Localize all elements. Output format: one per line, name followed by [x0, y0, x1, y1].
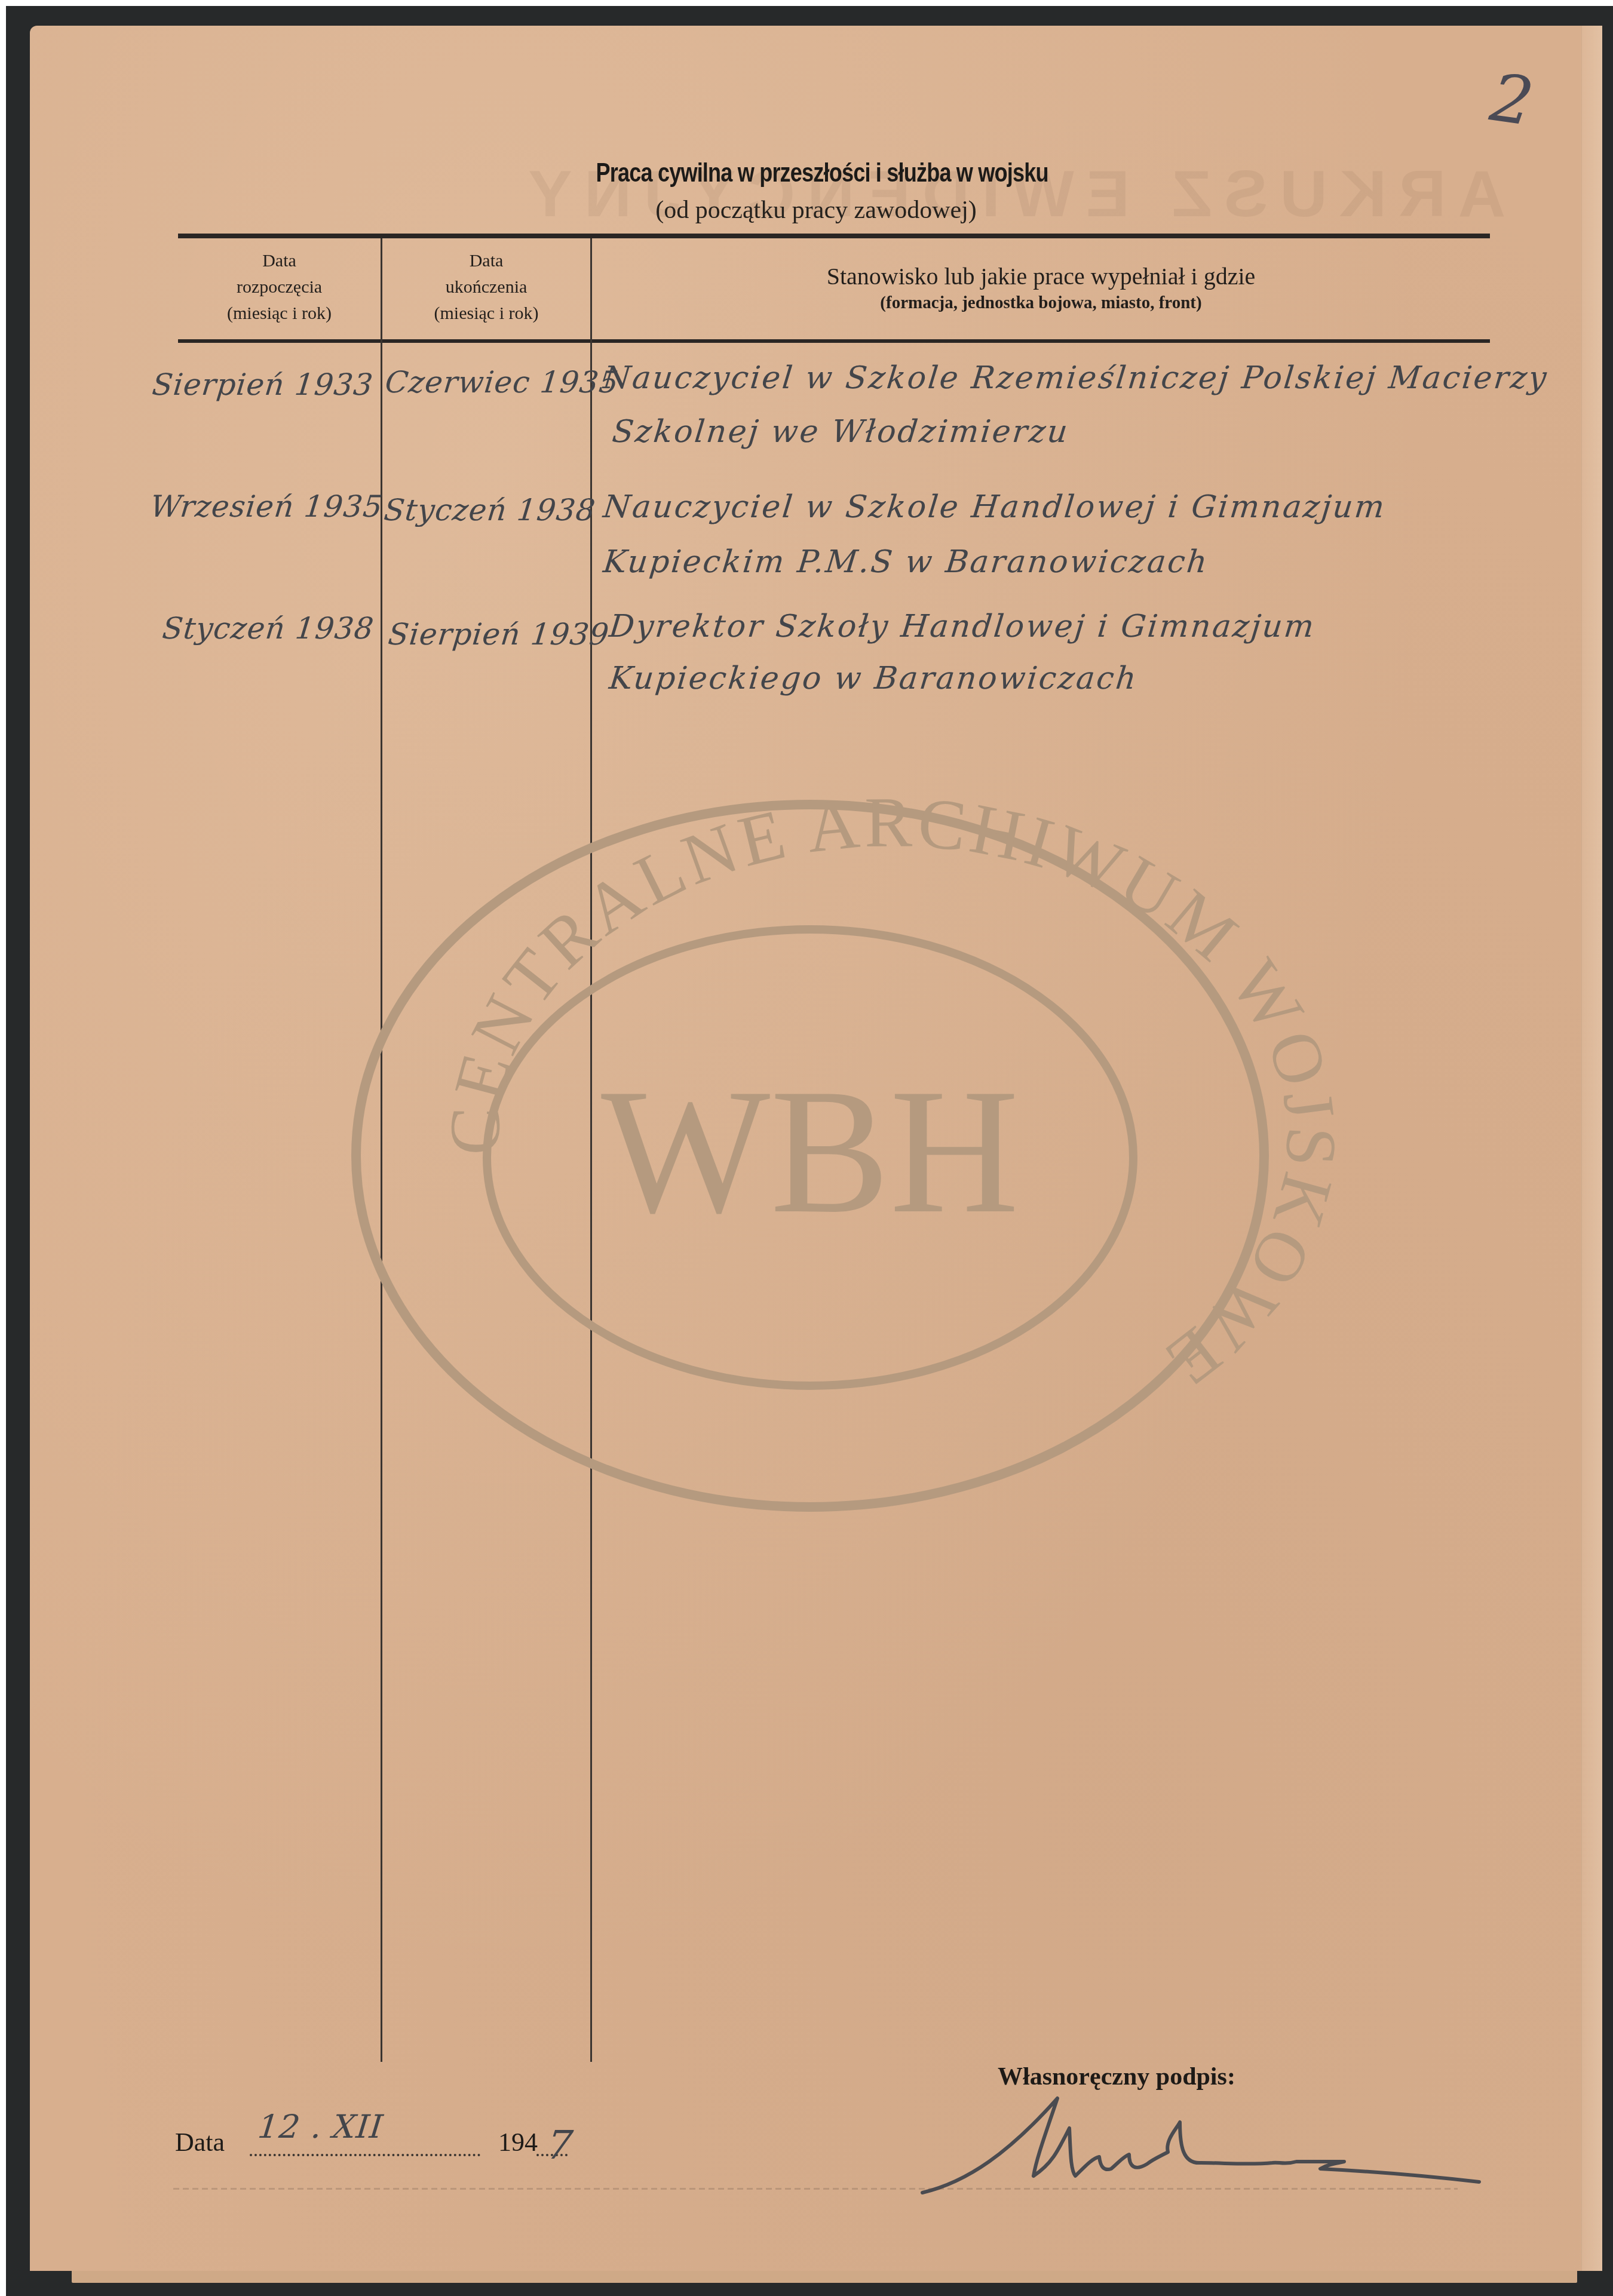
year-prefix: 194 [498, 2127, 538, 2157]
page-subtitle: (od początku pracy zawodowej) [30, 196, 1602, 225]
header-line: (miesiąc i rok) [178, 300, 381, 327]
header-line: ukończenia [382, 274, 590, 300]
signature [914, 2092, 1511, 2200]
row-1-end-date: Czerwiec 1935 [384, 365, 621, 400]
paper-fold-edge [1581, 26, 1602, 2271]
column-header-position-sub: (formacja, jednostka bojowa, miasto, fro… [592, 293, 1490, 313]
date-label: Data [175, 2127, 225, 2157]
stamp-outer-ring [356, 805, 1264, 1507]
document-page: ARKUSZ EWIDENCYJNY 2 Praca cywilna w prz… [30, 26, 1602, 2271]
row-2-end-date: Styczeń 1938 [382, 493, 597, 527]
table-top-rule [178, 234, 1490, 238]
stamp-inner-ring [487, 929, 1133, 1386]
row-2-position-line-2: Kupieckim P.M.S w Baranowiczach [602, 544, 1210, 580]
faint-show-through-line [173, 2188, 1458, 2190]
row-3-start-date: Styczeń 1938 [161, 611, 376, 646]
year-suffix: 7 [545, 2122, 575, 2168]
row-1-position-line-2: Szkolnej we Włodzimierzu [611, 414, 1071, 450]
row-3-position-line-1: Dyrektor Szkoły Handlowej i Gimnazjum [608, 609, 1317, 644]
row-3-position-line-2: Kupieckiego w Baranowiczach [608, 661, 1140, 696]
signature-label: Własnoręczny podpis: [998, 2062, 1235, 2091]
column-header-start-date: Data rozpoczęcia (miesiąc i rok) [178, 248, 381, 327]
row-1-position-line-1: Nauczyciel w Szkole Rzemieślniczej Polsk… [602, 360, 1550, 396]
column-header-position: Stanowisko lub jakie prace wypełniał i g… [592, 262, 1490, 290]
row-2-position-line-1: Nauczyciel w Szkole Handlowej i Gimnazju… [602, 489, 1388, 525]
row-1-start-date: Sierpień 1933 [151, 367, 375, 402]
page-title: Praca cywilna w przeszłości i służba w w… [177, 158, 1467, 188]
row-2-start-date: Wrzesień 1935 [149, 489, 385, 524]
header-line: rozpoczęcia [178, 274, 381, 300]
column-header-end-date: Data ukończenia (miesiąc i rok) [382, 248, 590, 327]
header-line: Data [178, 248, 381, 274]
row-3-end-date: Sierpień 1939 [387, 617, 611, 652]
date-dotted-line [250, 2154, 480, 2156]
date-value: 12 . XII [256, 2108, 385, 2145]
stamp-center-text: WBH [601, 1052, 1019, 1250]
stamp-ring-text: CENTRALNE ARCHIWUM WOJSKOWE [434, 782, 1352, 1404]
header-line: (miesiąc i rok) [382, 300, 590, 327]
page-number: 2 [1486, 59, 1538, 140]
table-header-bottom-rule [178, 339, 1490, 343]
header-line: Data [382, 248, 590, 274]
